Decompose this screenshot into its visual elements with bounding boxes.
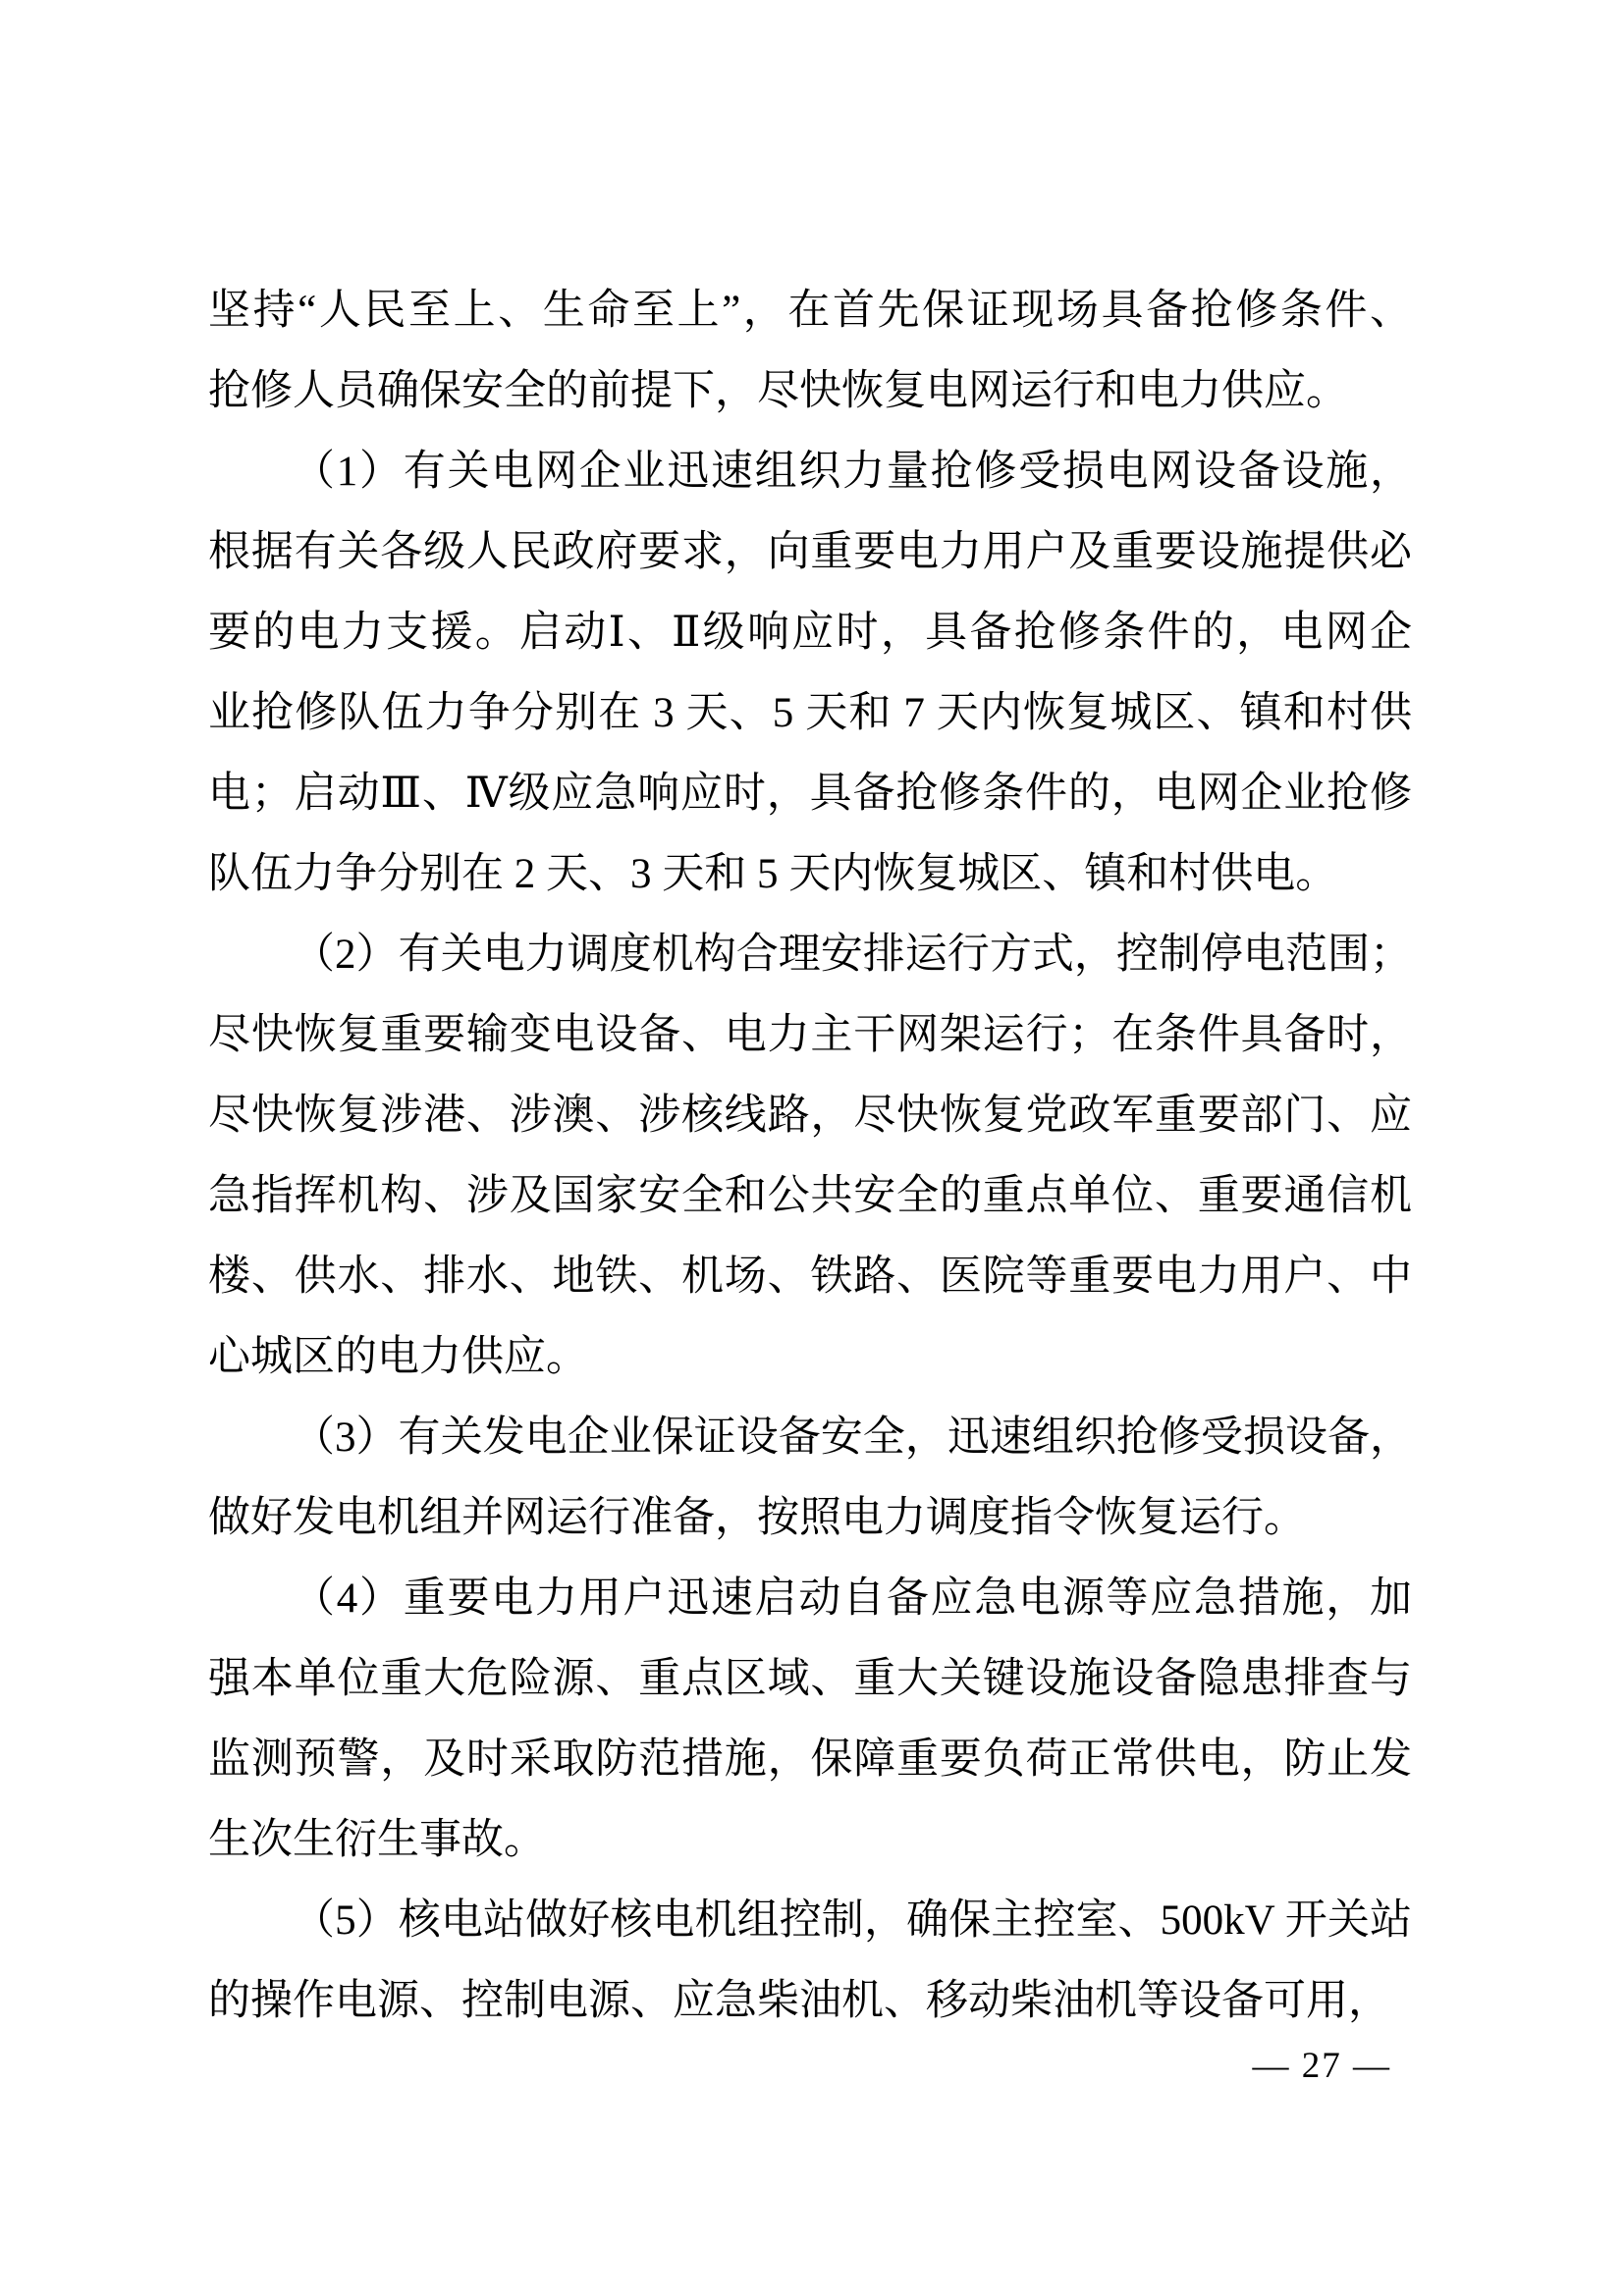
text-line: 尽快恢复重要输变电设备、电力主干网架运行；在条件具备时， xyxy=(208,995,1412,1076)
text-line: 队伍力争分别在 2 天、3 天和 5 天内恢复城区、镇和村供电。 xyxy=(208,834,1412,915)
text-line: 生次生衍生事故。 xyxy=(208,1800,1412,1881)
text-line: 的操作电源、控制电源、应急柴油机、移动柴油机等设备可用， xyxy=(208,1961,1412,2042)
text-line: 要的电力支援。启动Ⅰ、Ⅱ级响应时，具备抢修条件的，电网企 xyxy=(208,593,1412,673)
text-line: 业抢修队伍力争分别在 3 天、5 天和 7 天内恢复城区、镇和村供 xyxy=(208,673,1412,754)
paragraph: （2）有关电力调度机构合理安排运行方式，控制停电范围；尽快恢复重要输变电设备、电… xyxy=(208,915,1412,1398)
paragraph: （4）重要电力用户迅速启动自备应急电源等应急措施，加强本单位重大危险源、重点区域… xyxy=(208,1559,1412,1881)
text-line: 强本单位重大危险源、重点区域、重大关键设施设备隐患排查与 xyxy=(208,1639,1412,1720)
text-line: 电；启动Ⅲ、Ⅳ级应急响应时，具备抢修条件的，电网企业抢修 xyxy=(208,754,1412,834)
text-line: （4）重要电力用户迅速启动自备应急电源等应急措施，加 xyxy=(208,1559,1412,1639)
text-line: 尽快恢复涉港、涉澳、涉核线路，尽快恢复党政军重要部门、应 xyxy=(208,1076,1412,1156)
paragraph: 坚持“人民至上、生命至上”，在首先保证现场具备抢修条件、抢修人员确保安全的前提下… xyxy=(208,271,1412,432)
body-text: 坚持“人民至上、生命至上”，在首先保证现场具备抢修条件、抢修人员确保安全的前提下… xyxy=(208,271,1412,2042)
text-line: 坚持“人民至上、生命至上”，在首先保证现场具备抢修条件、 xyxy=(208,271,1412,351)
text-line: （5）核电站做好核电机组控制，确保主控室、500kV 开关站 xyxy=(208,1881,1412,1961)
paragraph: （5）核电站做好核电机组控制，确保主控室、500kV 开关站的操作电源、控制电源… xyxy=(208,1881,1412,2042)
paragraph: （3）有关发电企业保证设备安全，迅速组织抢修受损设备，做好发电机组并网运行准备，… xyxy=(208,1398,1412,1559)
text-line: 根据有关各级人民政府要求，向重要电力用户及重要设施提供必 xyxy=(208,512,1412,593)
paragraph: （1）有关电网企业迅速组织力量抢修受损电网设备设施，根据有关各级人民政府要求，向… xyxy=(208,432,1412,915)
page-number: — 27 — xyxy=(1253,2044,1392,2089)
text-line: 抢修人员确保安全的前提下，尽快恢复电网运行和电力供应。 xyxy=(208,351,1412,432)
text-line: （2）有关电力调度机构合理安排运行方式，控制停电范围； xyxy=(208,915,1412,995)
text-line: 监测预警，及时采取防范措施，保障重要负荷正常供电，防止发 xyxy=(208,1720,1412,1800)
text-line: 楼、供水、排水、地铁、机场、铁路、医院等重要电力用户、中 xyxy=(208,1237,1412,1317)
document-page: 坚持“人民至上、生命至上”，在首先保证现场具备抢修条件、抢修人员确保安全的前提下… xyxy=(0,0,1624,2296)
text-line: （1）有关电网企业迅速组织力量抢修受损电网设备设施， xyxy=(208,432,1412,512)
text-line: （3）有关发电企业保证设备安全，迅速组织抢修受损设备， xyxy=(208,1398,1412,1478)
text-line: 急指挥机构、涉及国家安全和公共安全的重点单位、重要通信机 xyxy=(208,1156,1412,1237)
text-line: 心城区的电力供应。 xyxy=(208,1317,1412,1398)
text-line: 做好发电机组并网运行准备，按照电力调度指令恢复运行。 xyxy=(208,1478,1412,1559)
